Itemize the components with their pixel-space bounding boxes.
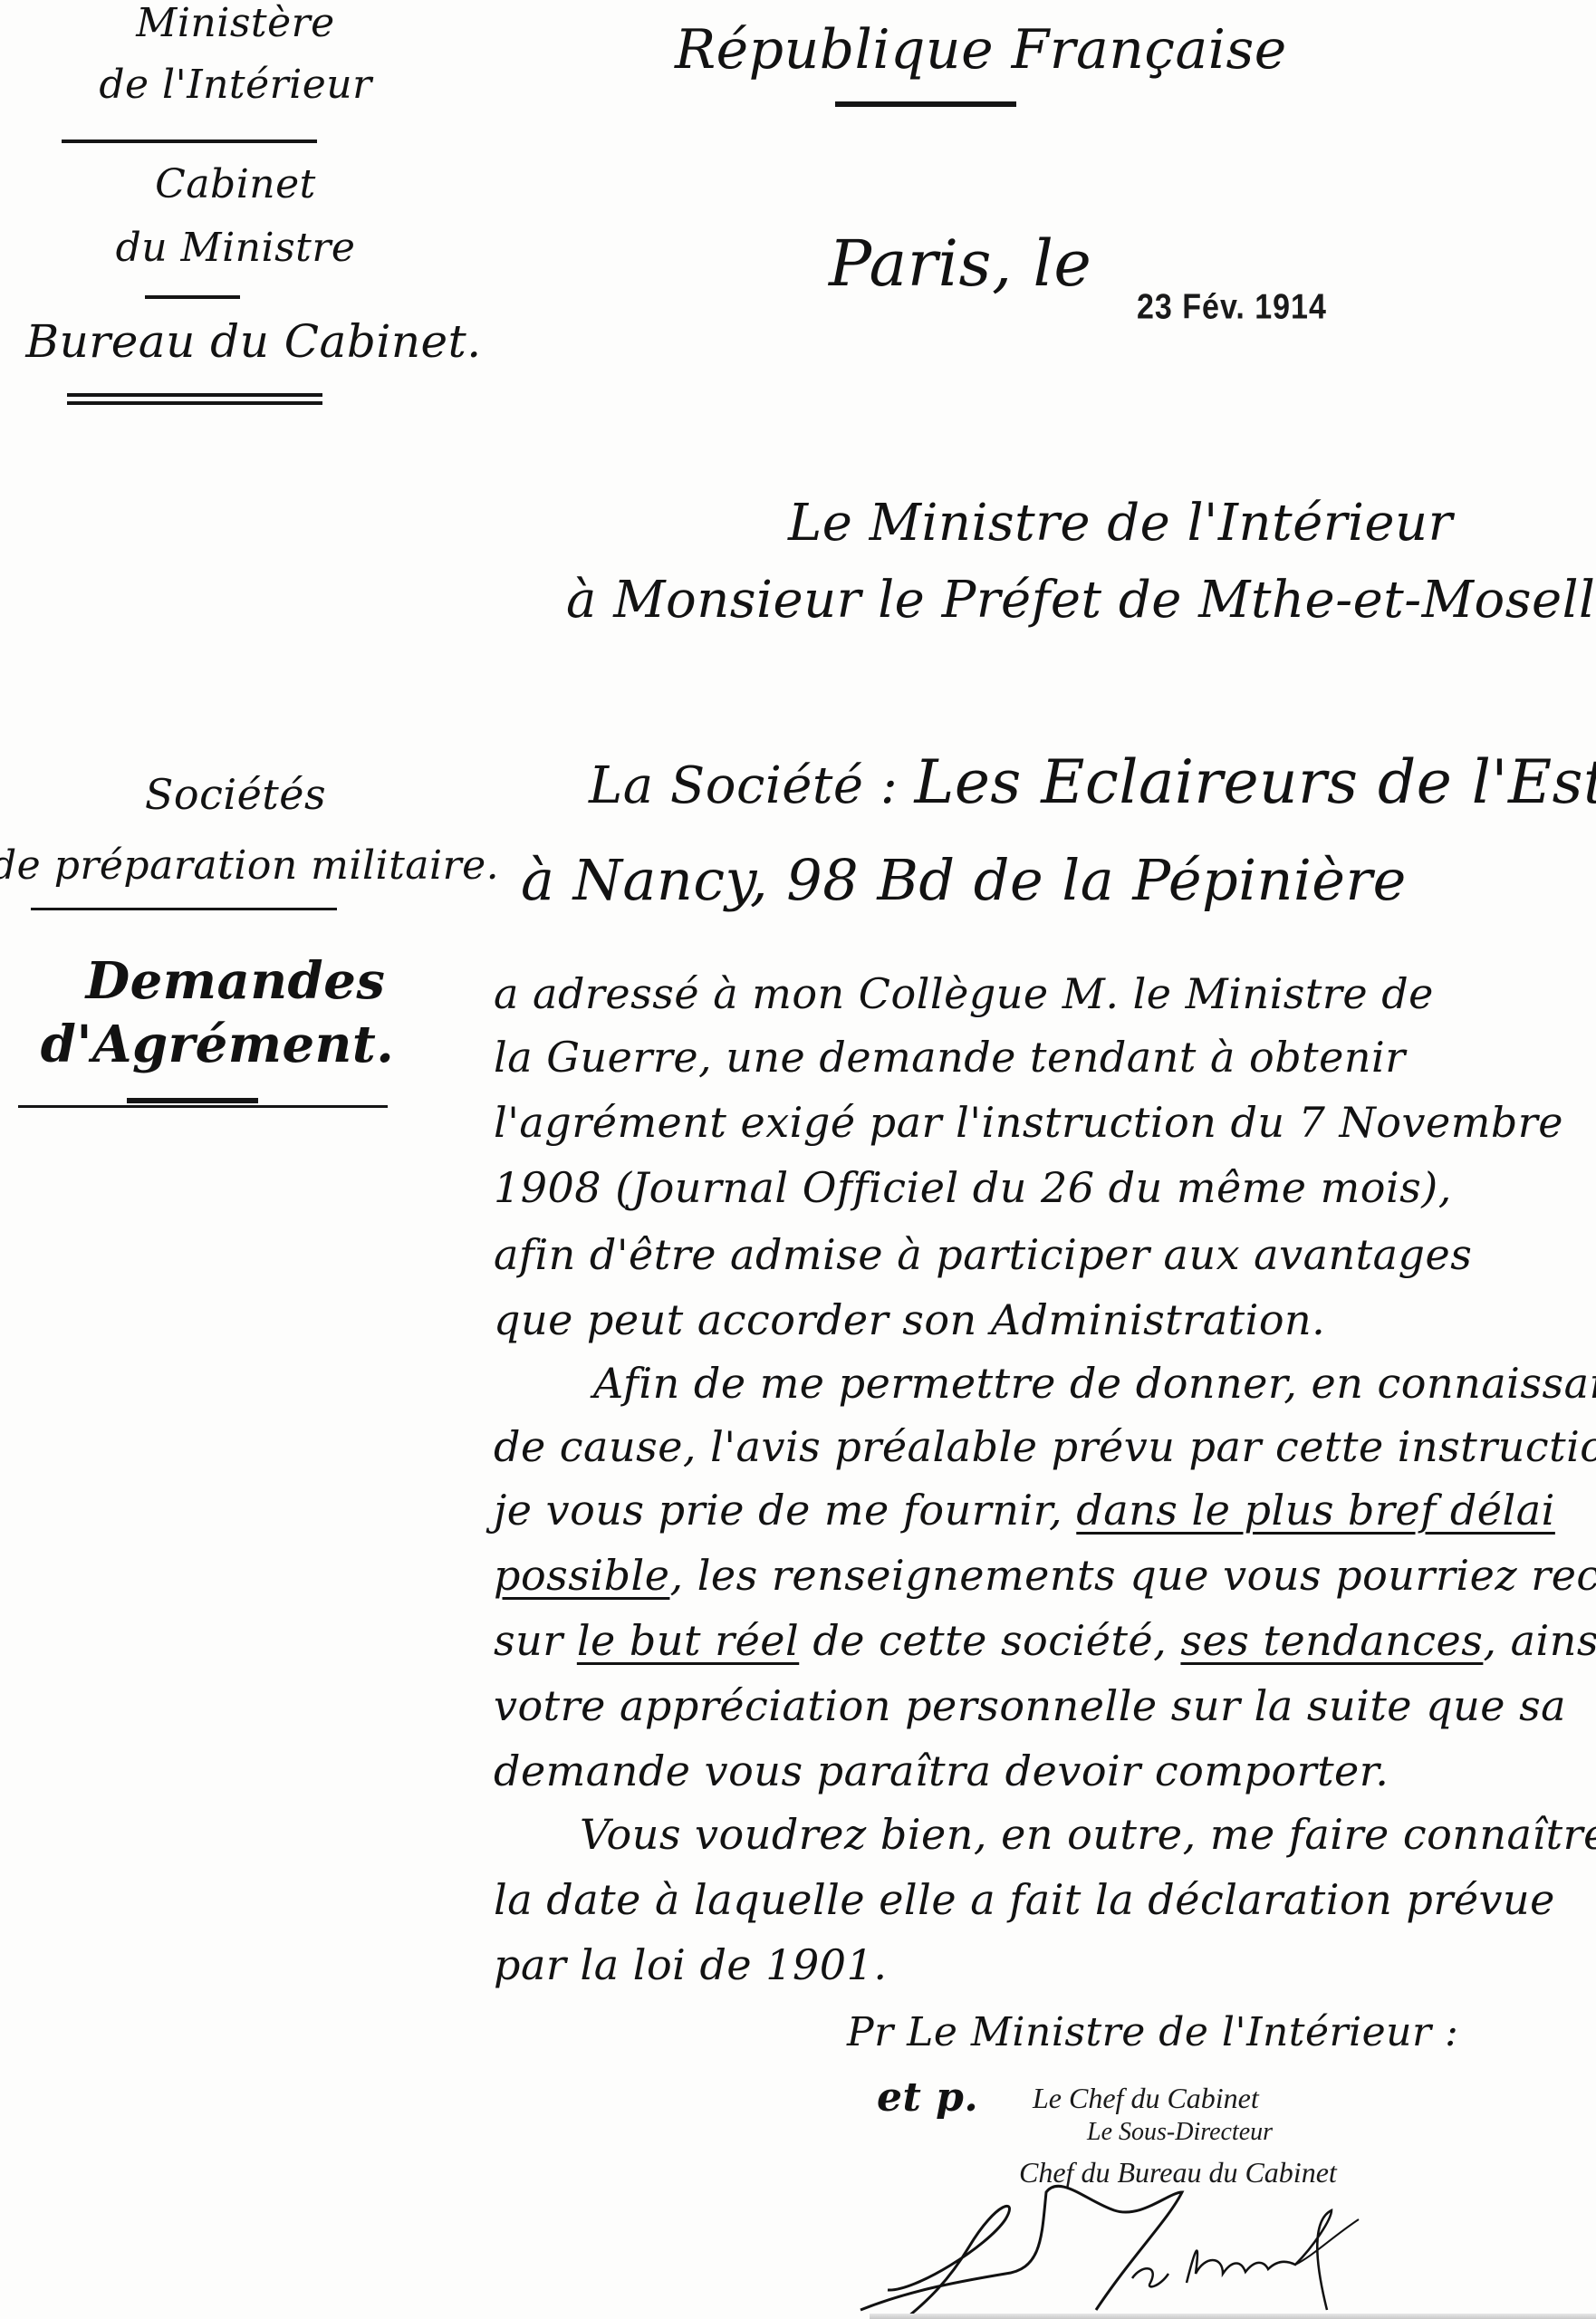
ministry-line1: Ministère bbox=[0, 0, 471, 46]
body-line-5: afin d'être admise à participer aux avan… bbox=[494, 1230, 1472, 1279]
society-prefix: La Société : bbox=[589, 756, 914, 815]
subject-divider bbox=[31, 908, 337, 910]
body-line-15: la date à laquelle elle a fait la déclar… bbox=[494, 1875, 1555, 1924]
body-line-14: Vous voudrez bien, en outre, me faire co… bbox=[580, 1810, 1596, 1859]
for-minister-line: Pr Le Ministre de l'Intérieur : bbox=[847, 2009, 1458, 2055]
body-line-1: a adressé à mon Collègue M. le Ministre … bbox=[494, 969, 1434, 1018]
body-line-12: votre appréciation personnelle sur la su… bbox=[494, 1681, 1566, 1730]
body-line-6: que peut accorder son Administration. bbox=[494, 1295, 1325, 1344]
society-address: à Nancy, 98 Bd de la Pépinière bbox=[521, 847, 1407, 913]
ministry-line2: de l'Intérieur bbox=[0, 62, 471, 108]
body-line-2: la Guerre, une demande tendant à obtenir bbox=[494, 1033, 1406, 1082]
republic-underline bbox=[835, 101, 1016, 107]
body-line-7: Afin de me permettre de donner, en conna… bbox=[593, 1359, 1596, 1408]
body-line-10-text: , les renseignements que vous pourriez r… bbox=[669, 1551, 1596, 1600]
body-line-3: l'agrément exigé par l'instruction du 7 … bbox=[494, 1098, 1563, 1147]
handwritten-signature-icon bbox=[824, 2183, 1476, 2319]
emphasis-tendencies: ses tendances bbox=[1180, 1616, 1483, 1665]
body-line-11-prefix: sur bbox=[494, 1616, 577, 1665]
body-line-11-middle: de cette société, bbox=[799, 1616, 1180, 1665]
bureau-label: Bureau du Cabinet. bbox=[0, 315, 507, 368]
body-line-11-rest: , ainsi que bbox=[1483, 1616, 1596, 1665]
body-line-8: de cause, l'avis préalable prévu par cet… bbox=[494, 1422, 1596, 1471]
date-stamp: 23 Fév. 1914 bbox=[1137, 287, 1327, 328]
body-line-4: 1908 (Journal Officiel du 26 du même moi… bbox=[494, 1163, 1452, 1212]
sender-line: Le Ministre de l'Intérieur bbox=[788, 494, 1453, 553]
body-line-10: possible, les renseignements que vous po… bbox=[494, 1551, 1596, 1600]
approval-underline bbox=[127, 1098, 258, 1103]
ministry-divider bbox=[62, 140, 317, 143]
society-name: Les Eclaireurs de l'Est bbox=[914, 747, 1596, 817]
scan-edge-shadow bbox=[870, 2314, 1596, 2319]
stamp-sous-directeur: Le Sous-Directeur bbox=[1087, 2118, 1273, 2147]
body-line-9-text: je vous prie de me fournir, bbox=[494, 1486, 1076, 1535]
bureau-underline-bottom bbox=[67, 401, 322, 405]
body-line-9: je vous prie de me fournir, dans le plus… bbox=[494, 1486, 1555, 1535]
recipient-line: à Monsieur le Préfet de Mthe-et-Moselle bbox=[566, 571, 1596, 630]
letter-page: Ministère de l'Intérieur Cabinet du Mini… bbox=[0, 0, 1596, 2319]
by-order-mark: et p. bbox=[877, 2074, 978, 2121]
stamp-chef-cabinet: Le Chef du Cabinet bbox=[1033, 2082, 1259, 2115]
emphasis-urgent: dans le plus bref délai bbox=[1076, 1486, 1555, 1535]
emphasis-real-purpose: le but réel bbox=[577, 1616, 799, 1665]
body-line-13: demande vous paraîtra devoir comporter. bbox=[494, 1746, 1389, 1795]
subject-societies: Sociétés bbox=[0, 770, 471, 819]
place-label: Paris, le bbox=[829, 226, 1091, 301]
emphasis-possible: possible bbox=[494, 1551, 669, 1600]
bureau-underline-top bbox=[67, 393, 322, 397]
approval-divider bbox=[18, 1105, 388, 1108]
body-line-11: sur le but réel de cette société, ses te… bbox=[494, 1616, 1596, 1665]
society-name-line: La Société : Les Eclaireurs de l'Est bbox=[589, 747, 1596, 817]
body-line-16: par la loi de 1901. bbox=[494, 1940, 887, 1989]
republic-title: République Française bbox=[675, 18, 1287, 82]
cabinet-divider bbox=[145, 295, 240, 299]
subject-military-prep: de préparation militaire. bbox=[0, 842, 462, 889]
approval-label: d'Agrément. bbox=[0, 1015, 435, 1074]
cabinet-line2: du Ministre bbox=[0, 225, 471, 271]
requests-label: Demandes bbox=[0, 951, 471, 1011]
cabinet-line1: Cabinet bbox=[0, 161, 471, 207]
